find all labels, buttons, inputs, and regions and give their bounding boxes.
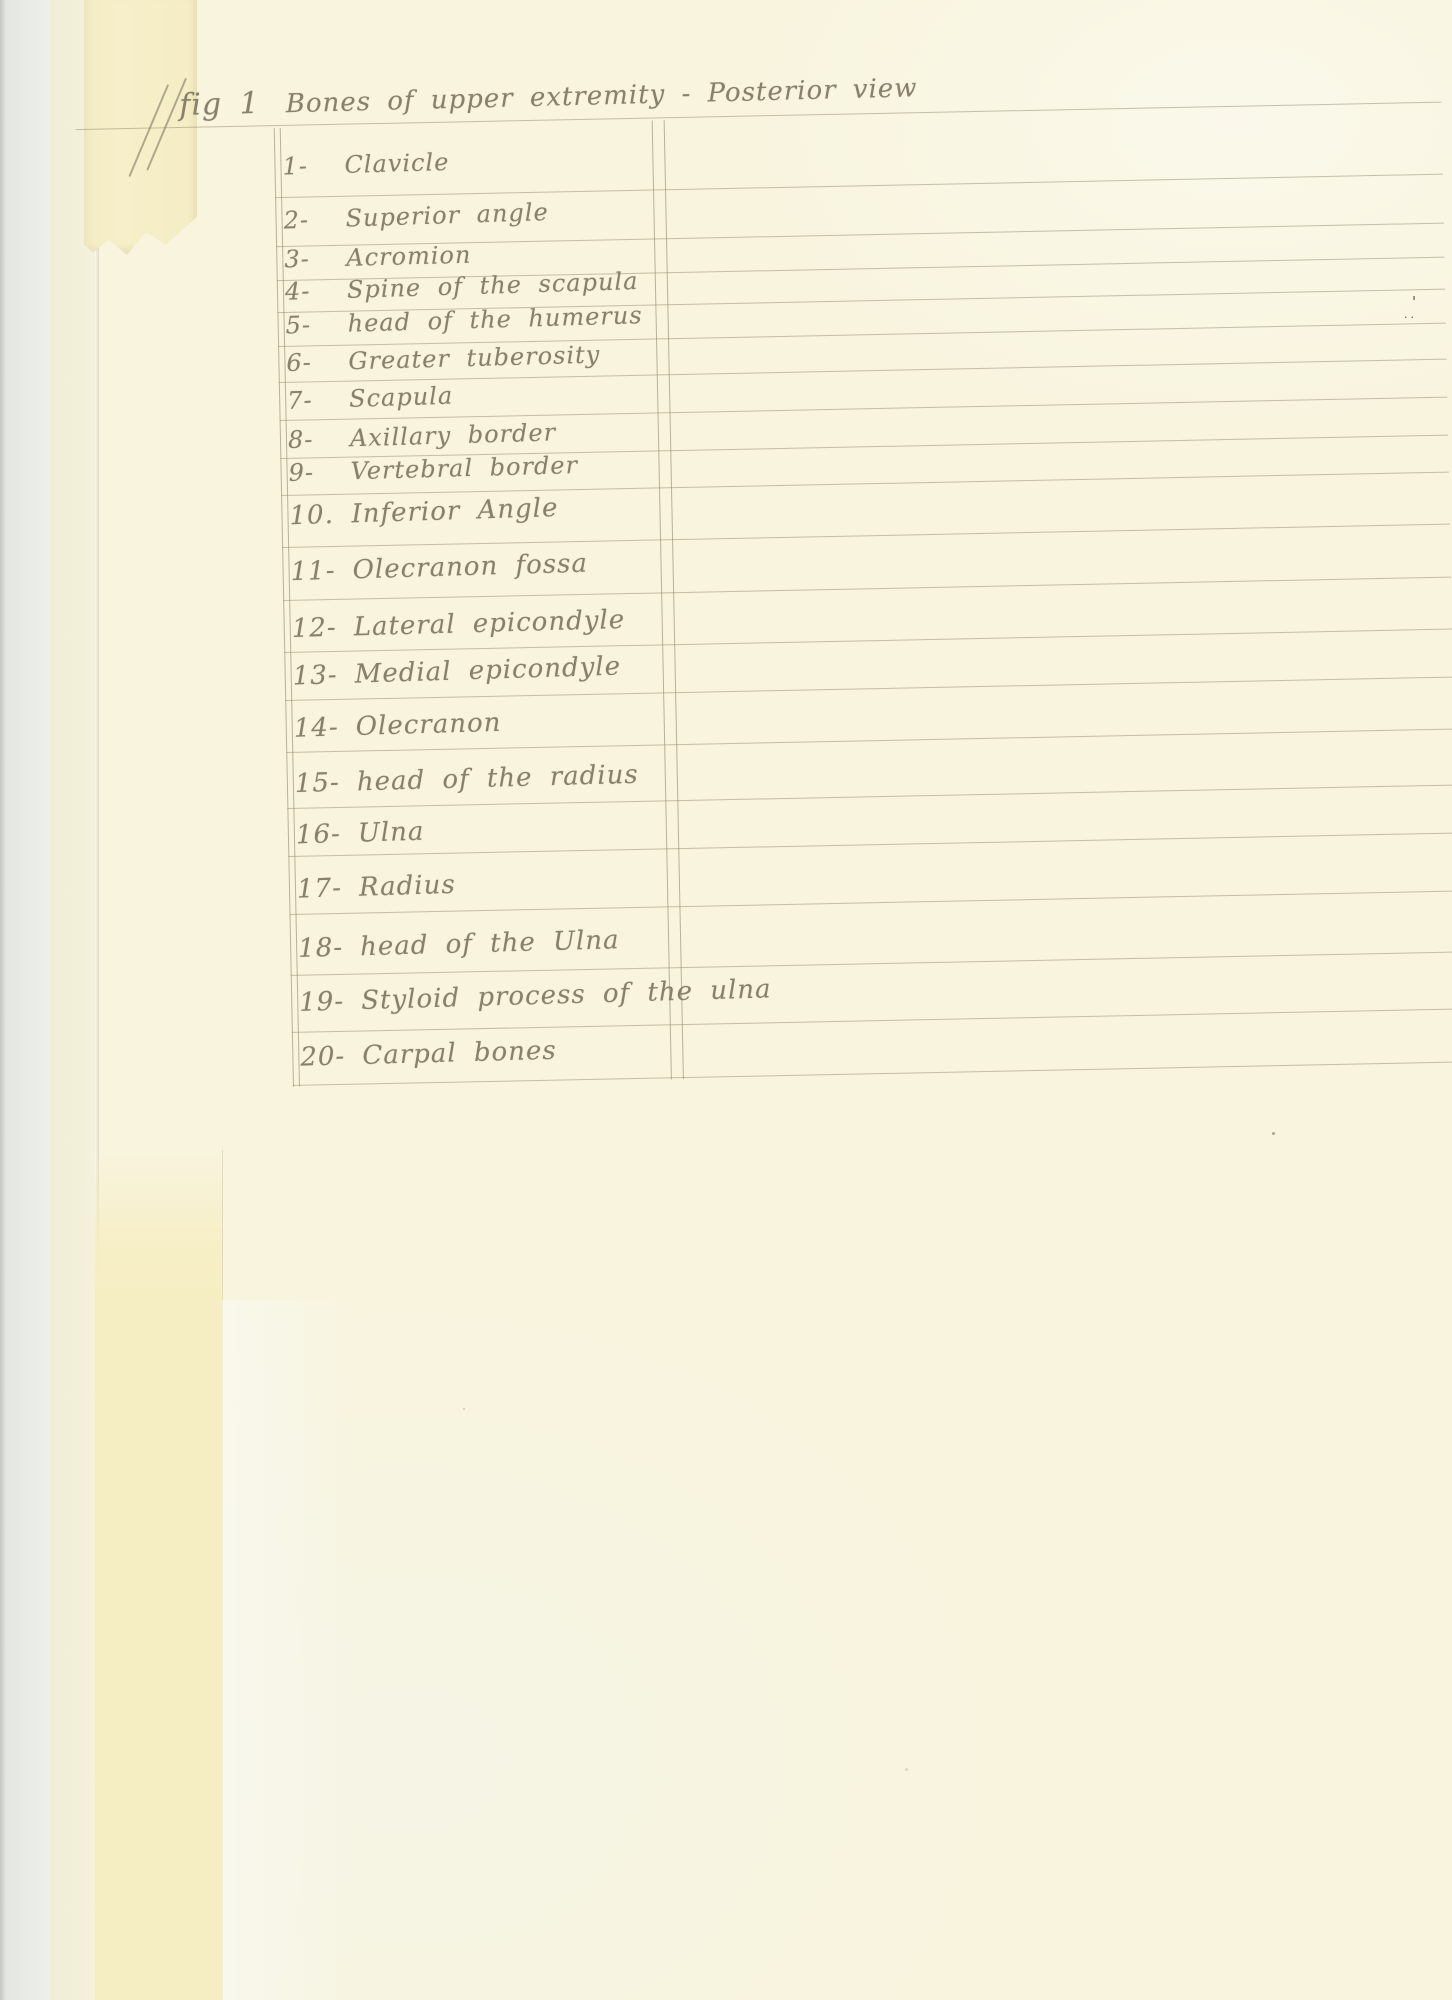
- list-item-label: head of the radius: [356, 760, 639, 798]
- list-item-label: Acromion: [346, 241, 472, 272]
- list-item-number: 16-: [295, 819, 342, 850]
- paper-speck: [463, 1408, 465, 1410]
- list-item: 16-Ulna: [295, 817, 424, 851]
- list-item-number: 10.: [289, 500, 336, 531]
- list-item: 4-Spine of the scapula: [285, 267, 639, 306]
- bone-list: 1-Clavicle2-Superior angle3-Acromion4-Sp…: [0, 0, 1439, 6]
- title-label: Bones of upper extremity - Posterior vie…: [285, 73, 917, 119]
- list-item-number: 2-: [283, 205, 330, 234]
- ruled-line: [280, 397, 1448, 421]
- list-item-number: 19-: [299, 987, 346, 1018]
- list-item-label: Spine of the scapula: [347, 267, 639, 304]
- list-item-label: Axillary border: [350, 418, 557, 452]
- list-item-number: 8-: [288, 425, 335, 454]
- list-item: 10.Inferior Angle: [289, 493, 559, 531]
- column-rule-right: [664, 120, 684, 1079]
- list-item-label: Clavicle: [344, 148, 450, 179]
- column-rule-right: [652, 120, 672, 1079]
- list-item-label: Carpal bones: [362, 1036, 557, 1071]
- list-item-number: 17-: [297, 873, 344, 904]
- list-item: 11-Olecranon fossa: [290, 549, 588, 588]
- list-item: 13-Medial epicondyle: [292, 652, 621, 692]
- list-item-label: Lateral epicondyle: [353, 605, 625, 642]
- list-item-number: 3-: [284, 244, 331, 273]
- list-item-label: Medial epicondyle: [354, 652, 621, 690]
- list-item-label: Scapula: [349, 382, 454, 413]
- list-item-label: Styloid process of the ulna: [361, 974, 772, 1016]
- list-item-number: 20-: [300, 1041, 347, 1072]
- list-item: 15-head of the radius: [294, 760, 639, 799]
- list-item-number: 5-: [285, 310, 332, 339]
- list-item-label: Greater tuberosity: [348, 341, 601, 376]
- list-item-label: Inferior Angle: [351, 493, 559, 529]
- list-item-number: 4-: [285, 276, 332, 305]
- ruled-lines: [0, 0, 1439, 6]
- list-item-number: 1-: [282, 151, 329, 180]
- list-item: 17-Radius: [297, 870, 457, 905]
- list-item-label: Radius: [359, 870, 457, 903]
- list-item: 12-Lateral epicondyle: [291, 605, 625, 644]
- list-item: 20-Carpal bones: [300, 1036, 557, 1073]
- list-item-label: Superior angle: [345, 198, 549, 233]
- ruled-line: [275, 174, 1443, 198]
- figure-label: fig 1: [179, 86, 260, 123]
- list-item-number: 18-: [298, 933, 345, 964]
- list-item: 19-Styloid process of the ulna: [299, 974, 772, 1018]
- list-item-label: Olecranon fossa: [352, 549, 588, 586]
- list-item: 3-Acromion: [284, 241, 472, 274]
- ink-dot-marks: ..: [1404, 308, 1417, 321]
- list-item: 18-head of the Ulna: [298, 925, 620, 964]
- list-item: 7-Scapula: [287, 382, 454, 415]
- list-item-number: 7-: [287, 385, 334, 414]
- list-item-label: Vertebral border: [350, 451, 578, 485]
- list-item-label: Olecranon: [355, 708, 501, 742]
- list-item: 5-head of the humerus: [285, 301, 643, 339]
- list-item-number: 13-: [292, 660, 339, 691]
- paper-speck: [1272, 1132, 1275, 1135]
- list-item-label: head of the Ulna: [360, 925, 620, 962]
- list-item-label: Ulna: [357, 817, 424, 849]
- notebook-page: fig 1Bones of upper extremity - Posterio…: [0, 0, 1452, 2000]
- list-item-label: head of the humerus: [347, 301, 643, 337]
- ruled-line: [288, 833, 1452, 857]
- list-item: 6-Greater tuberosity: [286, 341, 601, 377]
- list-item-number: 11-: [290, 556, 337, 587]
- paper-speck: [905, 1768, 908, 1771]
- ruled-line: [289, 891, 1452, 915]
- list-item: 14-Olecranon: [293, 708, 501, 744]
- list-item-number: 14-: [293, 712, 340, 743]
- list-item-number: 15-: [294, 768, 341, 799]
- list-item: 1-Clavicle: [282, 148, 450, 181]
- list-item: 8-Axillary border: [288, 418, 557, 454]
- list-item-number: 12-: [291, 613, 338, 644]
- list-item: 2-Superior angle: [283, 198, 549, 235]
- ruled-sheet: fig 1Bones of upper extremity - Posterio…: [0, 0, 1452, 2000]
- list-item-number: 9-: [288, 458, 335, 487]
- list-item-number: 6-: [286, 348, 333, 377]
- ruled-line: [282, 524, 1450, 548]
